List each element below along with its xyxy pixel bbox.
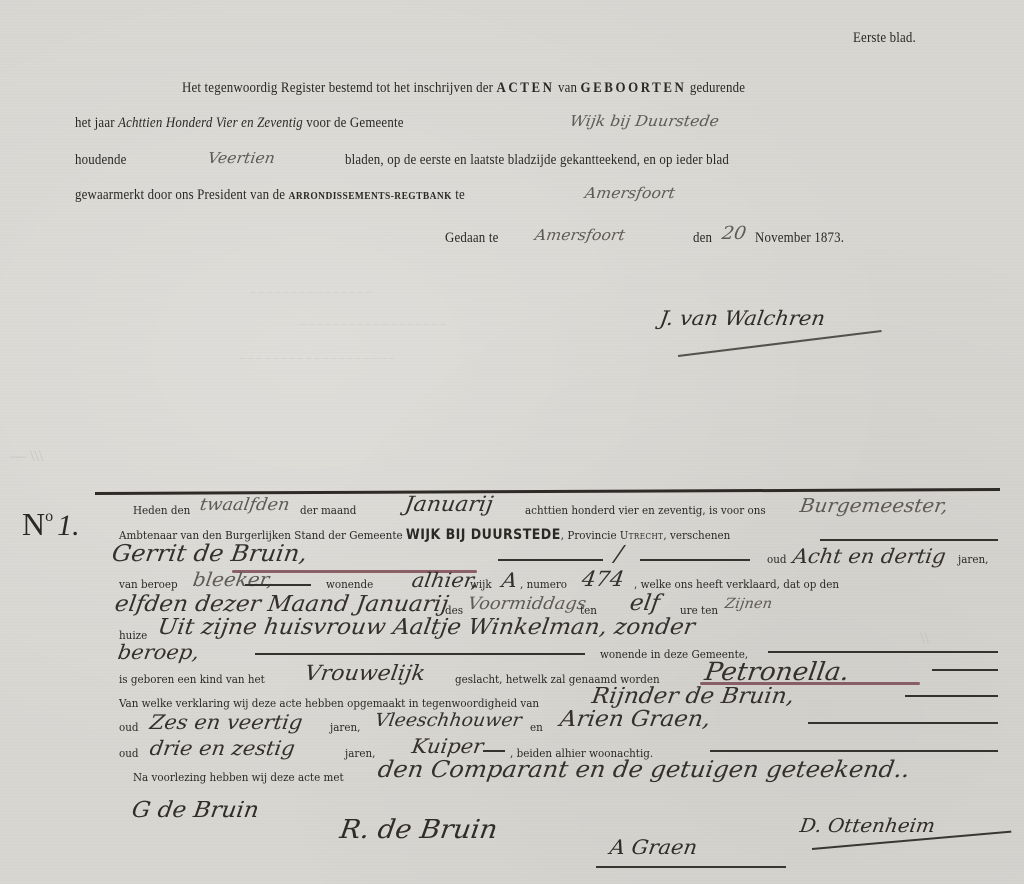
geboorten-heading: GEBOORTEN	[581, 80, 687, 96]
president-signature-underline	[678, 330, 882, 356]
act-jaren-3: jaren,	[345, 746, 375, 760]
act-van-beroep: van beroep	[119, 577, 178, 591]
act-der-maand: der maand	[300, 503, 356, 517]
act-number-sup: o	[45, 508, 53, 525]
president-signature: J. van Walchren	[658, 306, 827, 330]
act-jaren-2: jaren,	[330, 720, 360, 734]
act-jaren-1: jaren,	[958, 552, 988, 566]
header-te: te	[455, 187, 465, 203]
signature-witness-1: R. de Bruin	[338, 815, 500, 845]
blank-line	[932, 669, 998, 671]
act-na-voorlezing: Na voorlezing hebben wij deze acte met	[133, 770, 344, 784]
blank-line	[710, 750, 998, 752]
ward-handwritten: A	[500, 568, 519, 592]
mother-handwritten: Uit zijne huisvrouw Aaltje Winkelman, zo…	[156, 615, 696, 640]
year-in-words: Achttien Honderd Vier en Zeventig	[118, 115, 303, 131]
den-label: den	[693, 230, 712, 247]
signature-witness-2-underline	[596, 866, 786, 868]
blank-line	[255, 653, 585, 655]
header-van: van	[558, 80, 577, 96]
act-number: No1.	[22, 506, 80, 543]
gedaan-te-label: Gedaan te	[445, 230, 498, 247]
act-verklaard: , welke ons heeft verklaard, dat op den	[634, 577, 839, 591]
court-place-handwritten: Amersfoort	[584, 184, 677, 202]
blank-line	[905, 695, 998, 697]
act-top-border	[95, 488, 1000, 494]
municipality-handwritten: Wijk bij Duurstede	[569, 112, 721, 130]
witness1-age-handwritten: Zes en veertig	[148, 710, 304, 734]
time-of-day-handwritten: Voormiddags	[467, 594, 588, 614]
blank-line	[498, 559, 603, 561]
page-count-handwritten: Veertien	[207, 149, 277, 167]
act-number-handwritten: 1.	[57, 509, 80, 542]
act-geboren-kind: is geboren een kind van het	[119, 672, 265, 686]
header-gewaarmerkt: gewaarmerkt door ons President van de	[75, 187, 285, 203]
signing-month-year: November 1873.	[755, 230, 844, 247]
bleed-through-text: /// ‒‒	[10, 448, 43, 466]
bleed-through-text: ‒ ‒ ‒ ‒ ‒ ‒ ‒ ‒ ‒ ‒ ‒ ‒ ‒ ‒ ‒ ‒ ‒ ‒	[300, 318, 446, 330]
father-occupation-handwritten: bleeker,	[191, 569, 275, 591]
witness2-occupation-handwritten: Kuiper	[410, 734, 485, 758]
house-number-handwritten: 474	[580, 567, 626, 591]
act-heden-den: Heden den	[133, 503, 190, 517]
bleed-through-text: //	[920, 630, 929, 648]
zijnen-handwritten: Zijnen	[724, 596, 773, 612]
witness2-age-handwritten: drie en zestig	[148, 736, 296, 760]
act-wijk: wijk	[470, 577, 492, 591]
signature-registrar: D. Ottenheim	[798, 815, 936, 837]
father-age-handwritten: Acht en dertig	[791, 544, 947, 568]
signing-day-handwritten: 20	[720, 223, 747, 244]
signed-by-handwritten: den Comparant en de getuigen geteekend..	[376, 757, 911, 783]
act-verschenen: , verschenen	[663, 528, 730, 542]
birth-hour-handwritten: elf	[628, 591, 661, 616]
header-intro: Het tegenwoordig Register bestemd tot he…	[182, 80, 493, 96]
birth-date-handwritten: elfden dezer Maand Januarij	[113, 592, 450, 617]
header-line-1: Het tegenwoordig Register bestemd tot he…	[182, 80, 745, 97]
act-provincie-label: , Provincie	[561, 528, 617, 542]
blank-line	[640, 559, 750, 561]
signature-witness-2: A Graen	[608, 835, 699, 859]
act-verklaring: Van welke verklaring wij deze acte hebbe…	[119, 696, 539, 710]
act-ambtenaar-text: Ambtenaar van den Burgerlijken Stand der…	[119, 528, 403, 542]
blank-line	[483, 750, 505, 752]
signature-declarant: G de Bruin	[130, 798, 260, 823]
separator-slash: /	[613, 542, 624, 567]
child-sex-handwritten: Vrouwelijk	[303, 661, 427, 685]
witness2-handwritten: Arien Graen,	[558, 707, 712, 732]
act-month-handwritten: Januarij	[403, 492, 495, 516]
witness1-occupation-handwritten: Vleeschhouwer	[373, 710, 523, 731]
register-page: ‒ ‒ ‒ ‒ ‒ ‒ ‒ ‒ ‒ ‒ ‒ ‒ ‒ ‒ ‒ ‒ ‒ ‒ ‒ ‒ …	[0, 0, 1024, 884]
header-houdende: houdende	[75, 152, 127, 169]
blank-line	[808, 722, 998, 724]
header-gemeente-label: voor de Gemeente	[306, 115, 403, 131]
header-line-3-text: bladen, op de eerste en laatste bladzijd…	[345, 152, 729, 169]
header-line-4: gewaarmerkt door ons President van de AR…	[75, 187, 465, 204]
court-name: ARRONDISSEMENTS-REGTBANK	[289, 190, 452, 202]
signing-place-handwritten: Amersfoort	[534, 226, 627, 244]
blank-line	[768, 651, 998, 653]
father-name-handwritten: Gerrit de Bruin,	[110, 541, 309, 567]
act-oud-3: oud	[119, 746, 139, 760]
bleed-through-text: ‒ ‒ ‒ ‒ ‒ ‒ ‒ ‒ ‒ ‒ ‒ ‒ ‒ ‒ ‒ ‒ ‒ ‒ ‒	[240, 352, 394, 364]
witness1-handwritten: Rijnder de Bruin,	[590, 684, 796, 709]
act-municipality: WIJK BIJ DUURSTEDE	[406, 527, 561, 543]
acten-heading: ACTEN	[496, 80, 554, 96]
act-number-label: N	[22, 506, 45, 542]
act-en: en	[530, 720, 543, 734]
blank-line	[820, 539, 998, 541]
mother-occupation-handwritten: beroep,	[116, 640, 201, 664]
header-het-jaar: het jaar	[75, 115, 115, 131]
act-official-handwritten: Burgemeester,	[798, 495, 949, 517]
bleed-through-text: ‒ ‒ ‒ ‒ ‒ ‒ ‒ ‒ ‒ ‒ ‒ ‒ ‒ ‒ ‒	[250, 286, 371, 298]
header-gedurende: gedurende	[690, 80, 745, 96]
act-wonende: wonende	[326, 577, 373, 591]
act-year-text: achttien honderd vier en zeventig, is vo…	[525, 503, 766, 517]
act-day-handwritten: twaalfden	[199, 495, 291, 515]
act-oud-1: oud	[767, 552, 787, 566]
act-oud-2: oud	[119, 720, 139, 734]
act-numero: , numero	[520, 577, 567, 591]
header-line-2: het jaar Achttien Honderd Vier en Zevent…	[75, 115, 404, 132]
page-label: Eerste blad.	[853, 30, 916, 47]
blank-line	[245, 584, 311, 586]
act-province: Utrecht	[620, 529, 664, 542]
